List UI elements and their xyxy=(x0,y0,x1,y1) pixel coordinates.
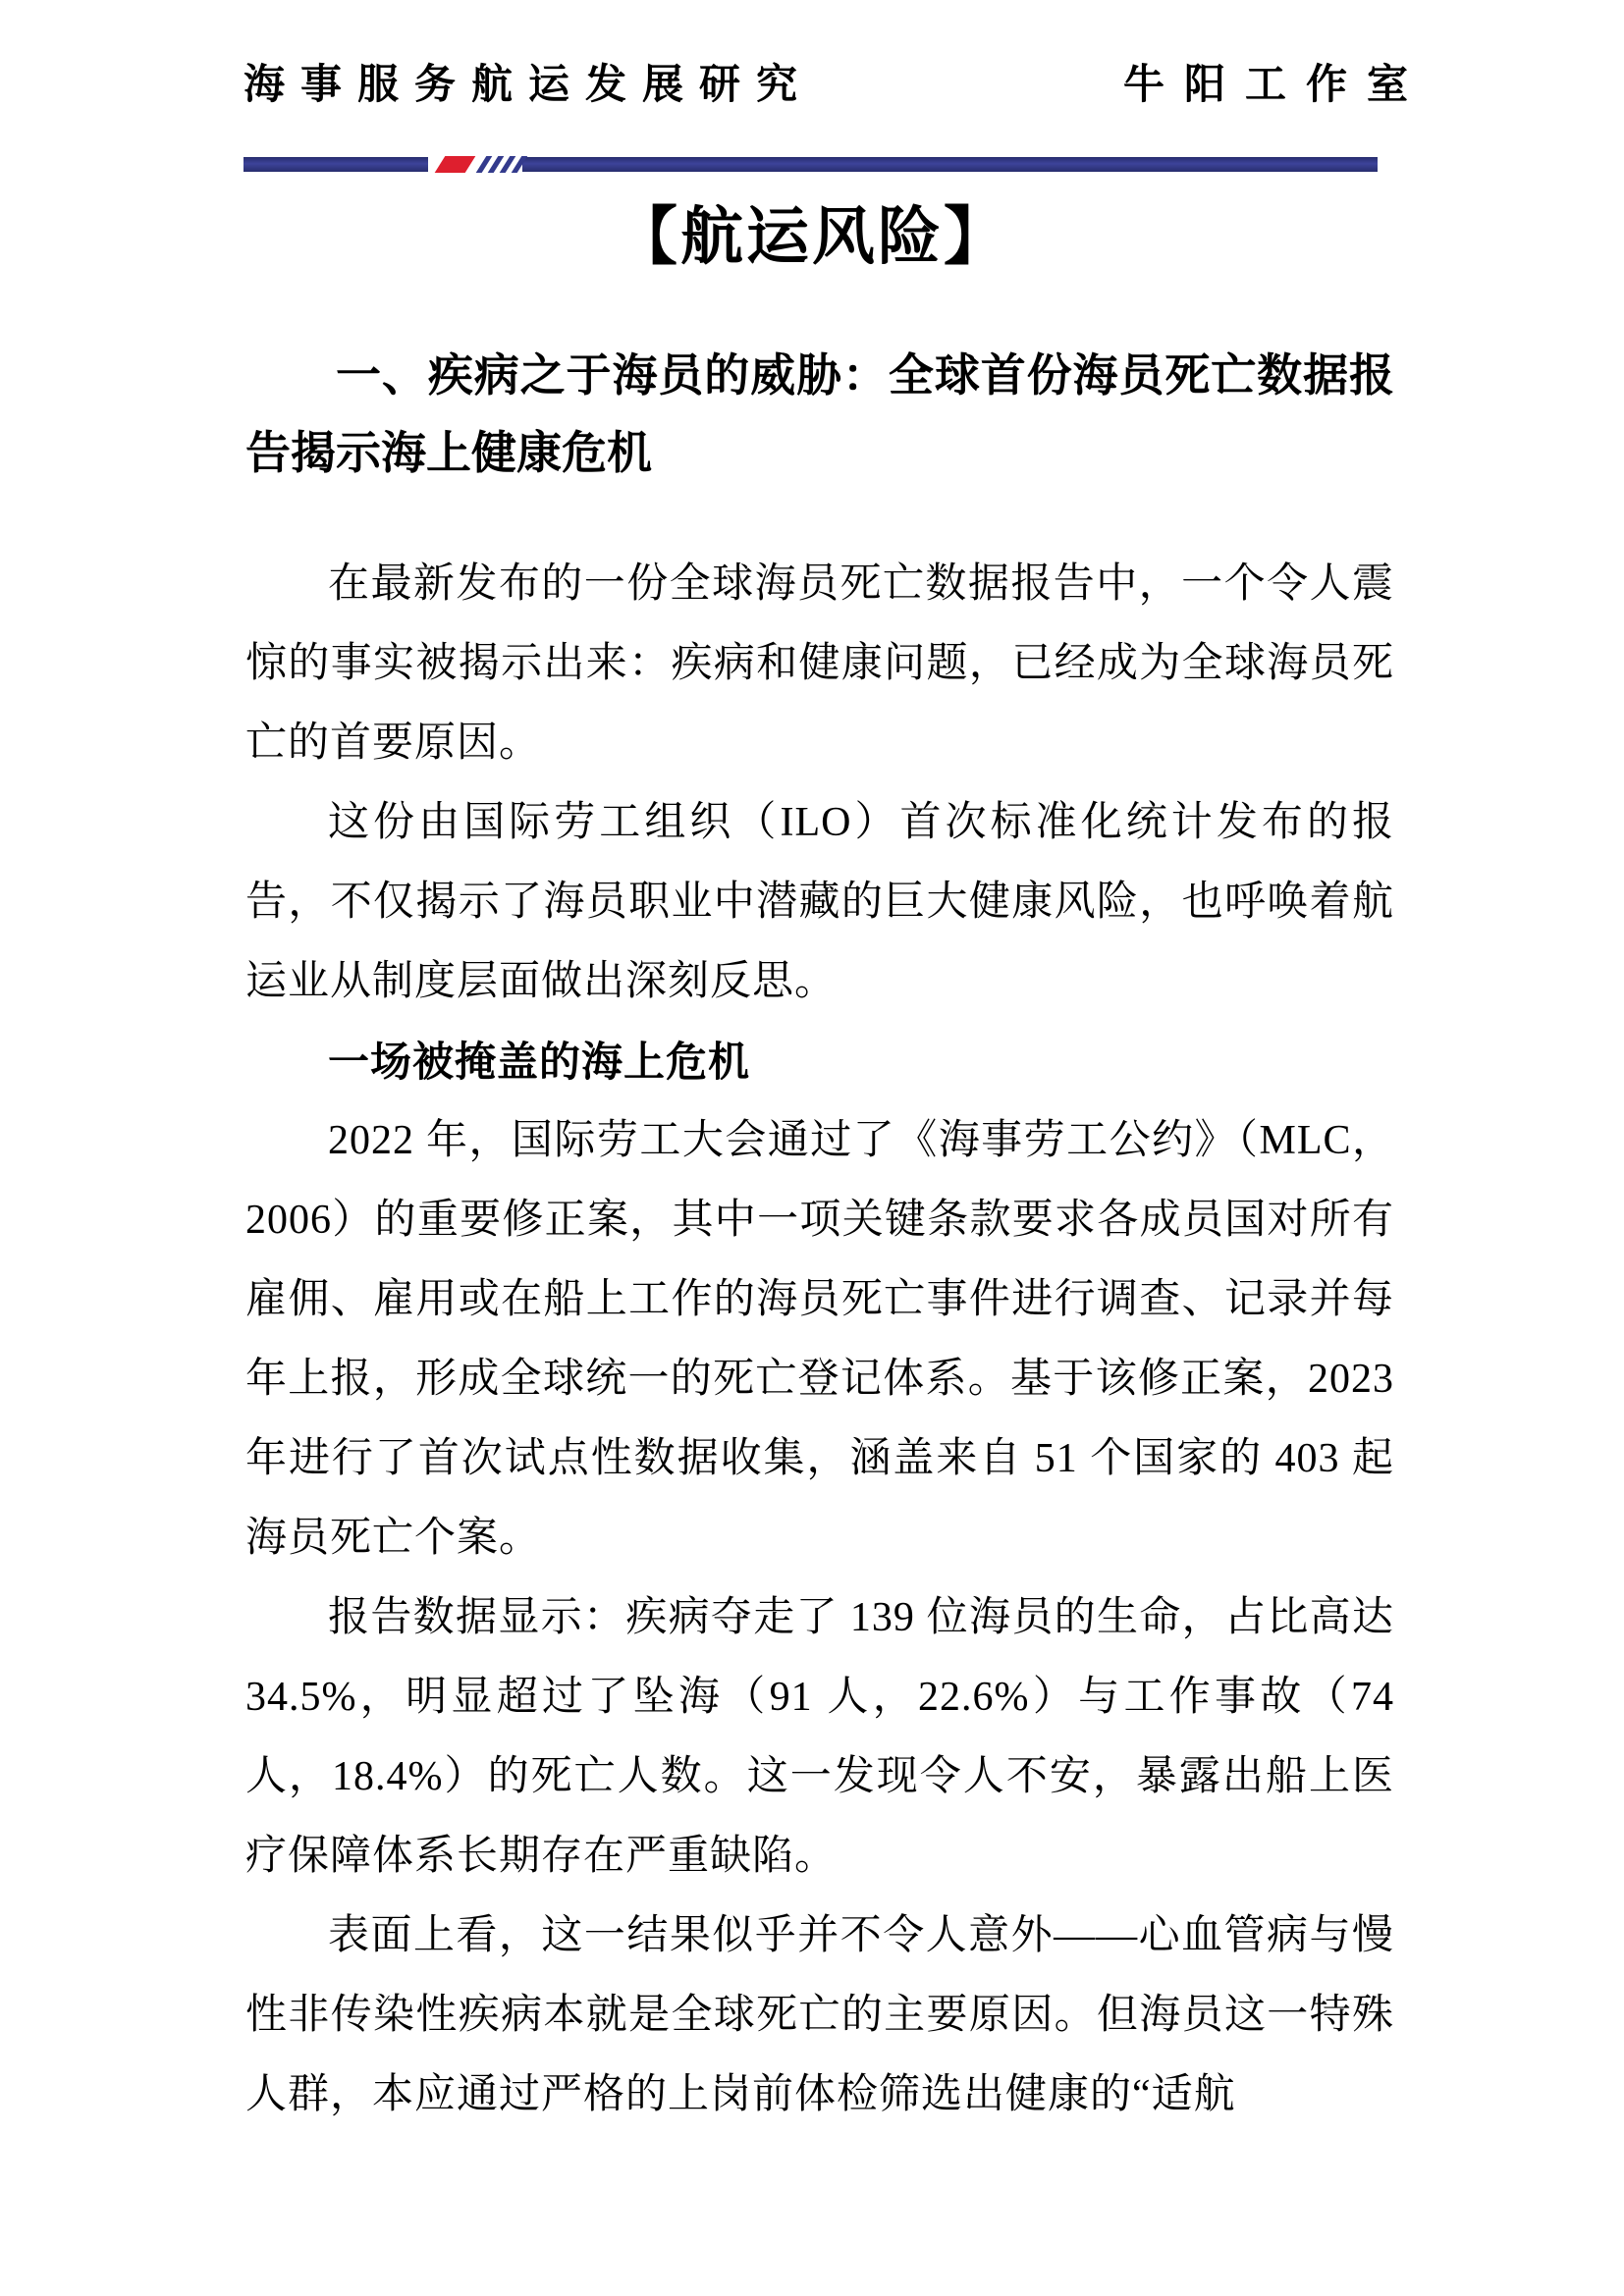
paragraph-2: 这份由国际劳工组织（ILO）首次标准化统计发布的报告，不仅揭示了海员职业中潜藏的… xyxy=(245,783,1394,1022)
red-slash-icon xyxy=(435,156,476,173)
header-rule-bar xyxy=(244,157,1378,172)
document-title: 【航运风险】 xyxy=(0,197,1624,276)
paragraph-3: 2022 年，国际劳工大会通过了《海事劳工公约》（MLC，2006）的重要修正案… xyxy=(245,1101,1394,1578)
section-heading: 一、疾病之于海员的威胁：全球首份海员死亡数据报告揭示海上健康危机 xyxy=(245,337,1394,492)
paragraph-4: 报告数据显示：疾病夺走了 139 位海员的生命，占比高达 34.5%，明显超过了… xyxy=(245,1578,1394,1896)
header-right-title: 牛阳工作室 xyxy=(1123,59,1428,110)
slash-decoration xyxy=(428,156,522,173)
sub-heading: 一场被掩盖的海上危机 xyxy=(245,1022,1394,1101)
document-page: 海事服务航运发展研究 牛阳工作室 【航运风险】 一、疾病之于海员的威胁：全球首份… xyxy=(0,0,1624,2296)
paragraph-5: 表面上看，这一结果似乎并不令人意外——心血管病与慢性非传染性疾病本就是全球死亡的… xyxy=(245,1896,1394,2135)
article-body: 在最新发布的一份全球海员死亡数据报告中，一个令人震惊的事实被揭示出来：疾病和健康… xyxy=(245,545,1394,2135)
paragraph-1: 在最新发布的一份全球海员死亡数据报告中，一个令人震惊的事实被揭示出来：疾病和健康… xyxy=(245,545,1394,783)
page-header: 海事服务航运发展研究 牛阳工作室 xyxy=(244,0,1428,110)
header-left-title: 海事服务航运发展研究 xyxy=(244,59,813,110)
